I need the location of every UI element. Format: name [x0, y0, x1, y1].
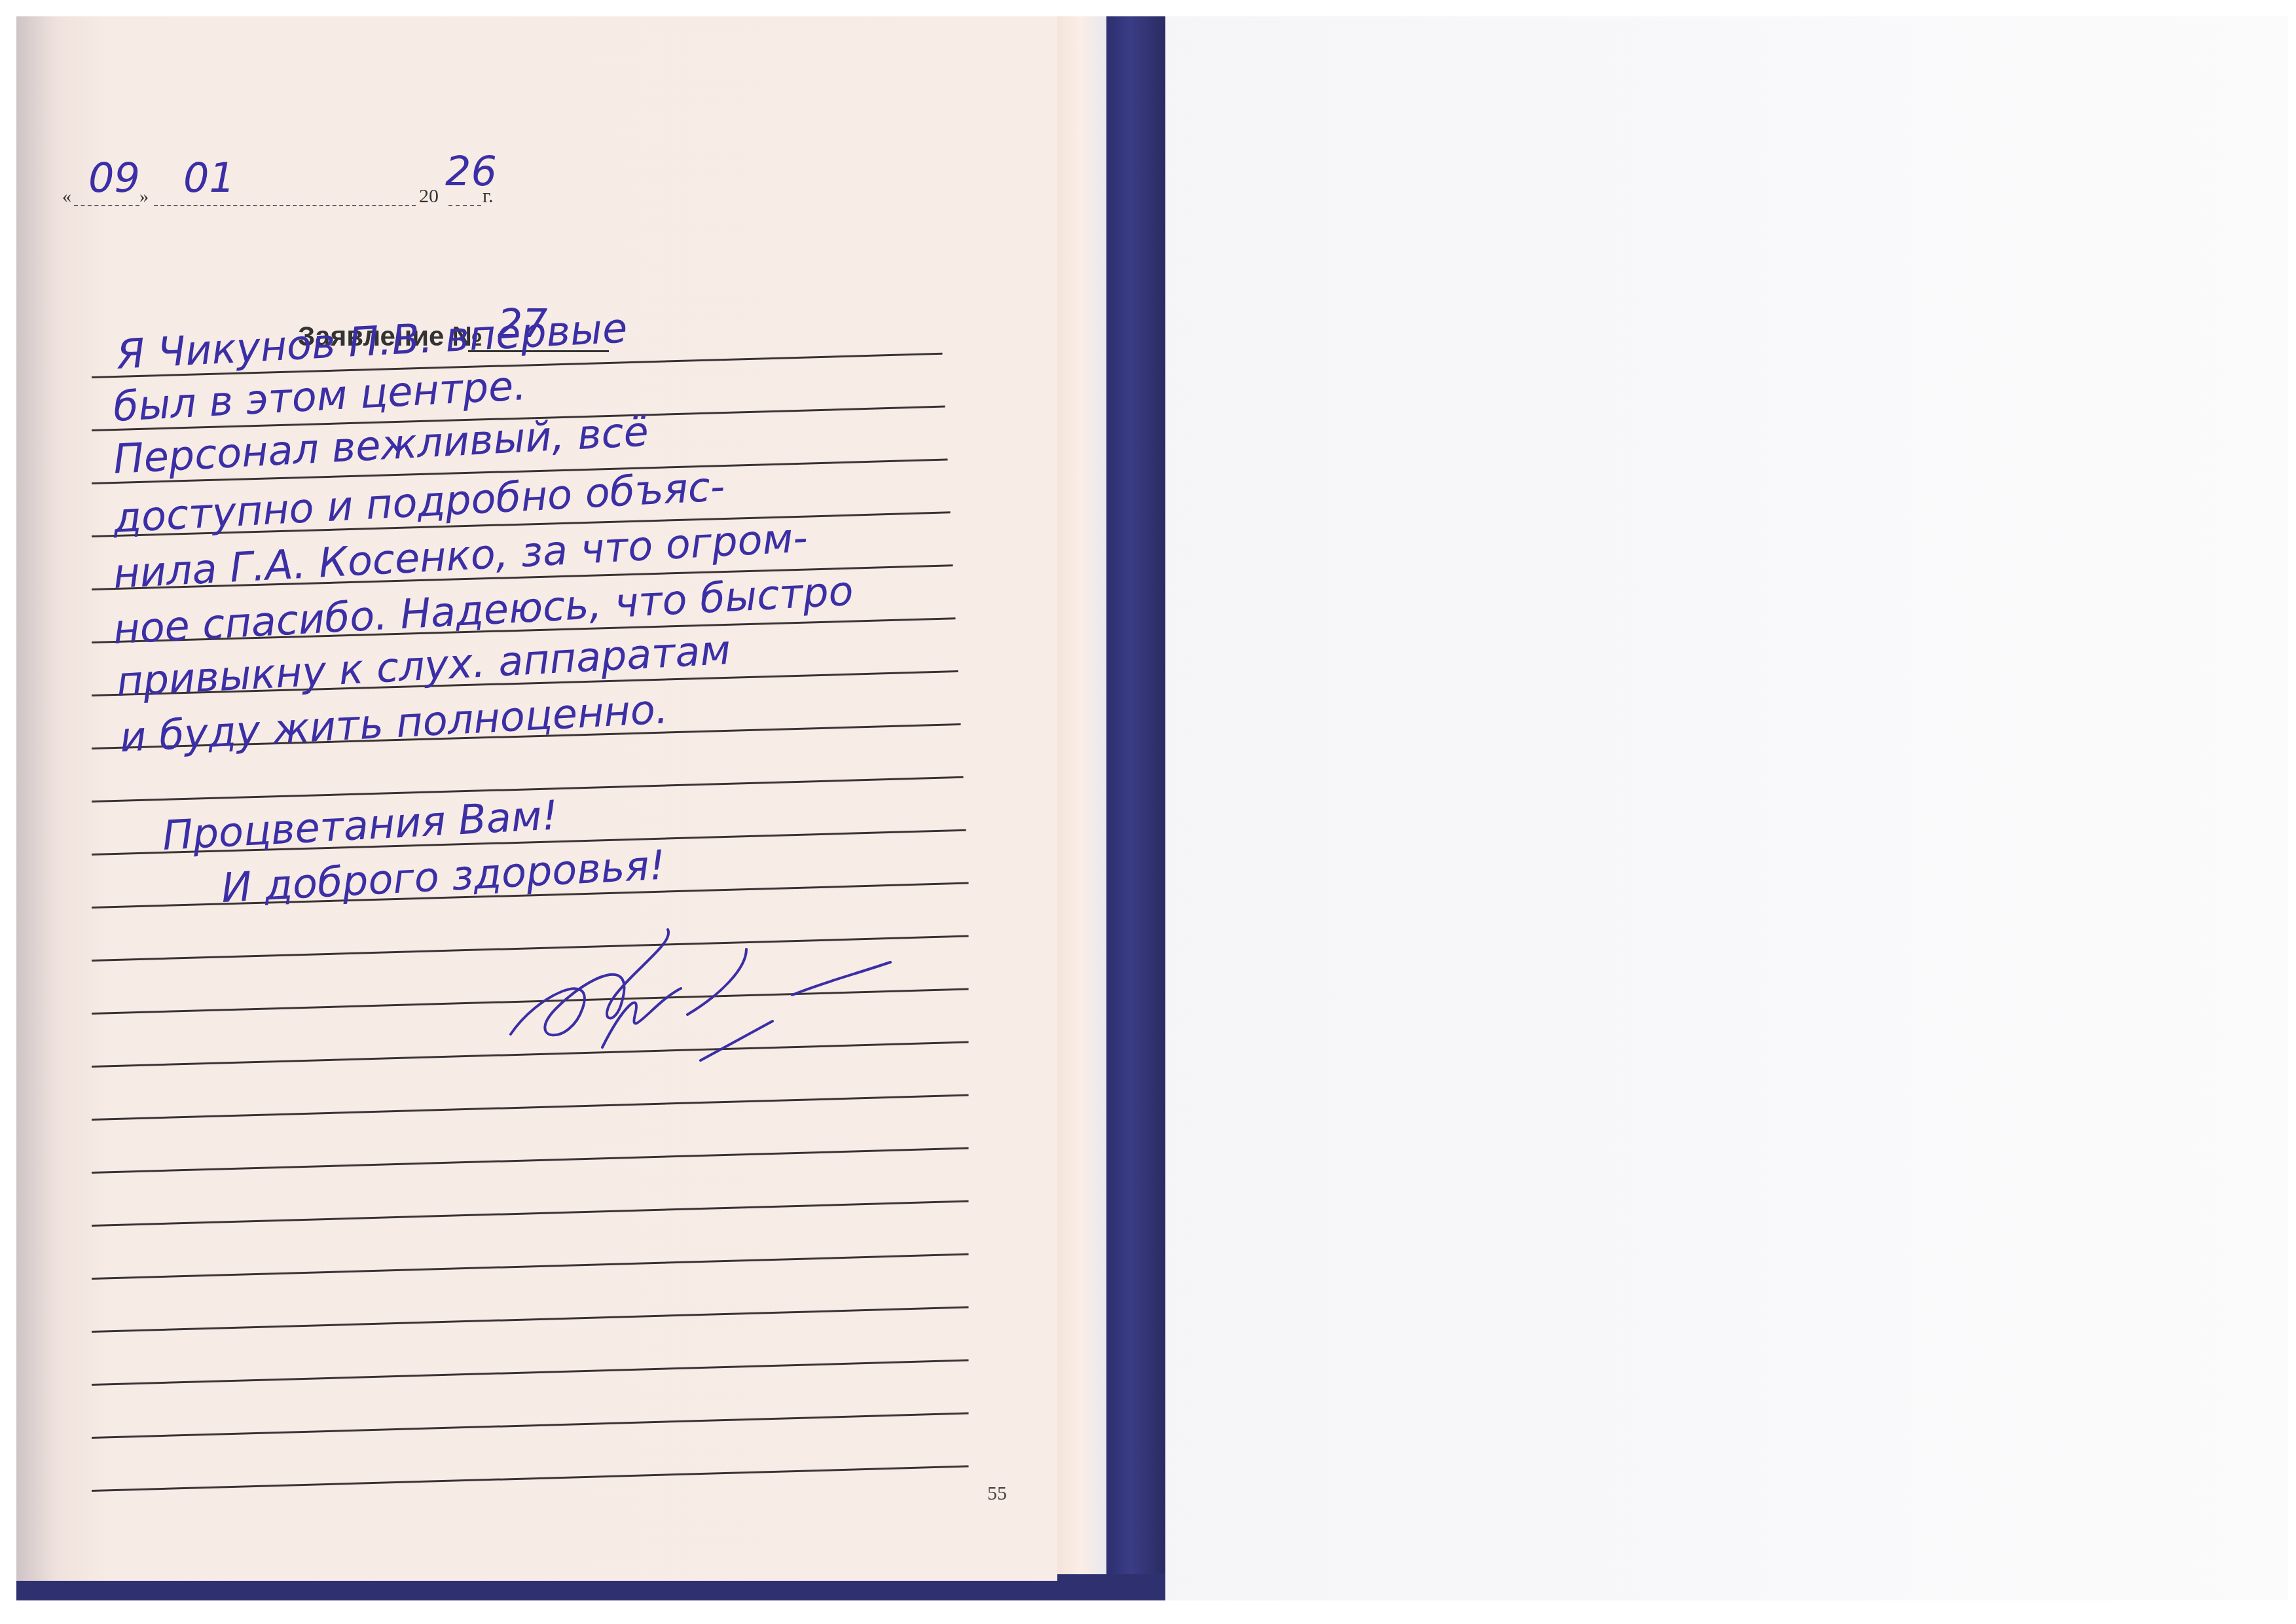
date-open-quote: « — [62, 187, 71, 208]
date-day: 09 — [88, 154, 140, 202]
date-field: « » 09 01 20 26 г. — [62, 154, 612, 206]
year-underline — [448, 205, 481, 206]
book-cover-spine — [1106, 16, 1165, 1600]
month-underline — [154, 205, 416, 206]
signature — [484, 916, 943, 1074]
date-month: 01 — [183, 154, 235, 202]
date-century: 20 — [419, 185, 439, 208]
date-close-quote: » — [139, 187, 149, 208]
page-number: 55 — [987, 1483, 1007, 1505]
date-year-abbr: г. — [483, 185, 493, 208]
day-underline — [74, 205, 139, 206]
page-edges — [1054, 16, 1106, 1584]
